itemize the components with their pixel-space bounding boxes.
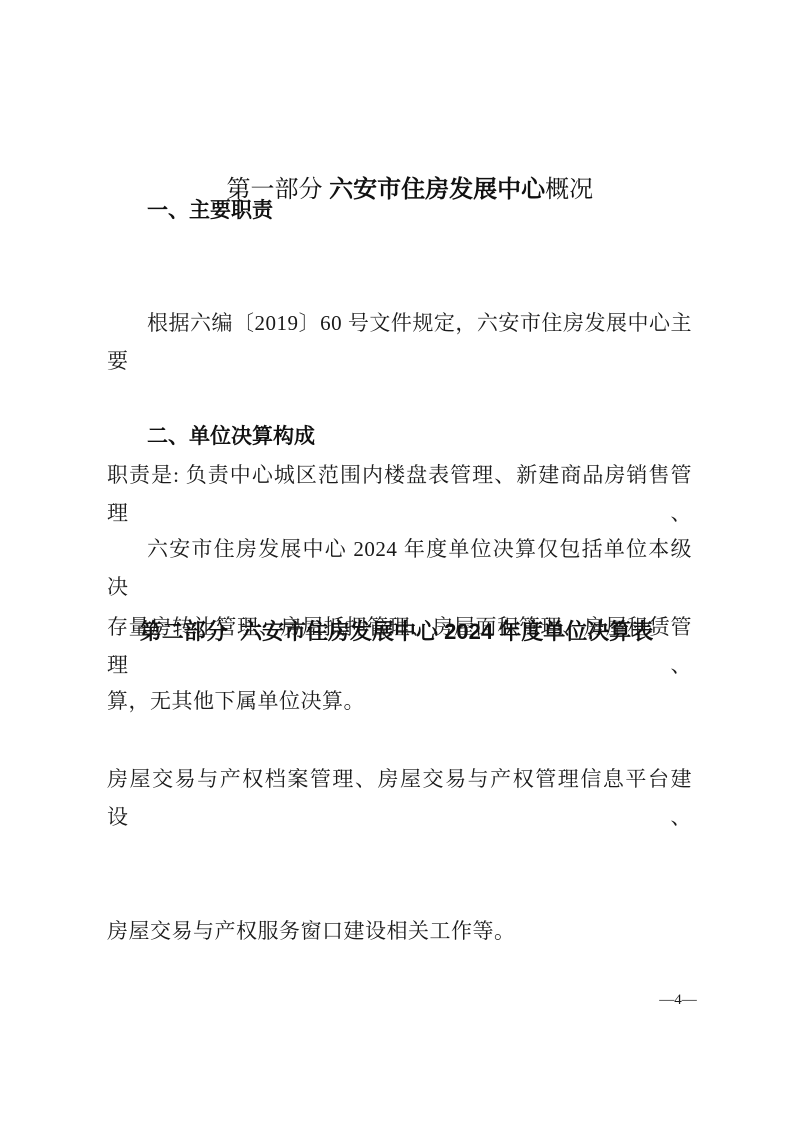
paragraph-line: 房屋交易与产权服务窗口建设相关工作等。 xyxy=(107,912,692,950)
paragraph-line: 根据六编〔2019〕60 号文件规定，六安市住房发展中心主要 xyxy=(107,304,692,380)
paragraph-line: 算，无其他下属单位决算。 xyxy=(107,682,692,720)
page-number: —4— xyxy=(648,992,708,1009)
section2-heading: 二、单位决算构成 xyxy=(147,424,315,450)
part1-title-suffix: 概况 xyxy=(545,176,593,203)
paragraph-line: 六安市住房发展中心 2024 年度单位决算仅包括单位本级决 xyxy=(107,530,692,606)
part1-title: 第一部分 六安市住房发展中心概况 xyxy=(0,142,793,238)
part1-title-emphasis: 六安市住房发展中心 xyxy=(329,176,545,203)
document-page: 第一部分 六安市住房发展中心概况 一、主要职责 根据六编〔2019〕60 号文件… xyxy=(0,0,793,1122)
section1-heading: 一、主要职责 xyxy=(147,198,273,224)
part2-title: 第二部分 六安市住房发展中心 2024 年度单位决算表 xyxy=(0,616,793,648)
